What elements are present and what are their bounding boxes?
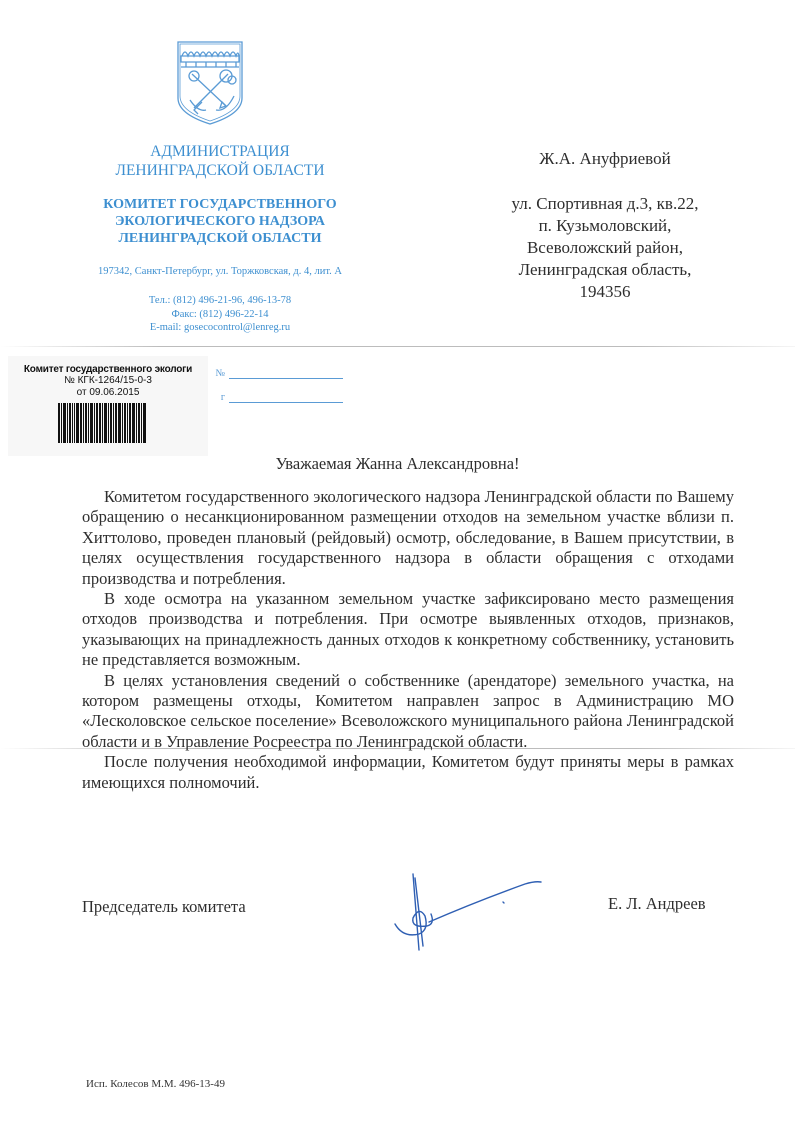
date-line [229, 392, 343, 403]
recipient-address-line: Всеволожский район, [455, 237, 755, 259]
administration-title: АДМИНИСТРАЦИЯ ЛЕНИНГРАДСКОЙ ОБЛАСТИ [60, 142, 380, 180]
recipient-address-line: Ленинградская область, [455, 259, 755, 281]
stamp-number: № КГК-1264/15-0-3 [8, 375, 208, 387]
admin-line-2: ЛЕНИНГРАДСКОЙ ОБЛАСТИ [60, 161, 380, 180]
body-paragraph: После получения необходимой информации, … [82, 752, 734, 793]
recipient-address: ул. Спортивная д.3, кв.22, п. Кузьмоловс… [455, 193, 755, 303]
org-fax: Факс: (812) 496-22-14 [60, 308, 380, 322]
executor-note: Исп. Колесов М.М. 496-13-49 [86, 1078, 225, 1090]
org-email: E-mail: gosecocontrol@lenreg.ru [60, 321, 380, 335]
stamp-date: от 09.06.2015 [8, 387, 208, 399]
recipient-address-line: п. Кузьмоловский, [455, 215, 755, 237]
recipient-address-line: 194356 [455, 281, 755, 303]
committee-line-2: ЭКОЛОГИЧЕСКОГО НАДЗОРА [60, 213, 380, 230]
body-paragraph: Комитетом государственного экологическог… [82, 487, 734, 589]
coat-of-arms-icon [176, 40, 244, 126]
committee-line-1: КОМИТЕТ ГОСУДАРСТВЕННОГО [60, 196, 380, 213]
signatory-title: Председатель комитета [82, 897, 246, 917]
letterhead: АДМИНИСТРАЦИЯ ЛЕНИНГРАДСКОЙ ОБЛАСТИ КОМИ… [60, 142, 380, 335]
committee-line-3: ЛЕНИНГРАДСКОЙ ОБЛАСТИ [60, 230, 380, 247]
stamp-org: Комитет государственного экологи [8, 364, 208, 375]
body-paragraph: В ходе осмотра на указанном земельном уч… [82, 589, 734, 671]
org-contacts: Тел.: (812) 496-21-96, 496-13-78 Факс: (… [60, 294, 380, 335]
fold-line [0, 346, 795, 347]
handwritten-signature-icon [385, 872, 565, 952]
committee-title: КОМИТЕТ ГОСУДАРСТВЕННОГО ЭКОЛОГИЧЕСКОГО … [60, 196, 380, 247]
reference-number-row: № [203, 355, 343, 379]
reference-date-row: г [203, 379, 343, 403]
recipient-address-line: ул. Спортивная д.3, кв.22, [455, 193, 755, 215]
number-line [229, 368, 343, 379]
admin-line-1: АДМИНИСТРАЦИЯ [60, 142, 380, 161]
org-address: 197342, Санкт-Петербург, ул. Торжковская… [60, 265, 380, 278]
reference-fields: № г [203, 355, 343, 403]
signatory-name: Е. Л. Андреев [608, 894, 706, 914]
letter-body: Комитетом государственного экологическог… [82, 487, 734, 793]
body-paragraph: В целях установления сведений о собствен… [82, 671, 734, 753]
recipient-block: Ж.А. Ануфриевой ул. Спортивная д.3, кв.2… [455, 148, 755, 303]
registration-stamp: Комитет государственного экологи № КГК-1… [8, 356, 208, 456]
salutation: Уважаемая Жанна Александровна! [0, 454, 795, 474]
recipient-name: Ж.А. Ануфриевой [455, 148, 755, 170]
org-phone: Тел.: (812) 496-21-96, 496-13-78 [60, 294, 380, 308]
barcode-icon [58, 403, 168, 443]
